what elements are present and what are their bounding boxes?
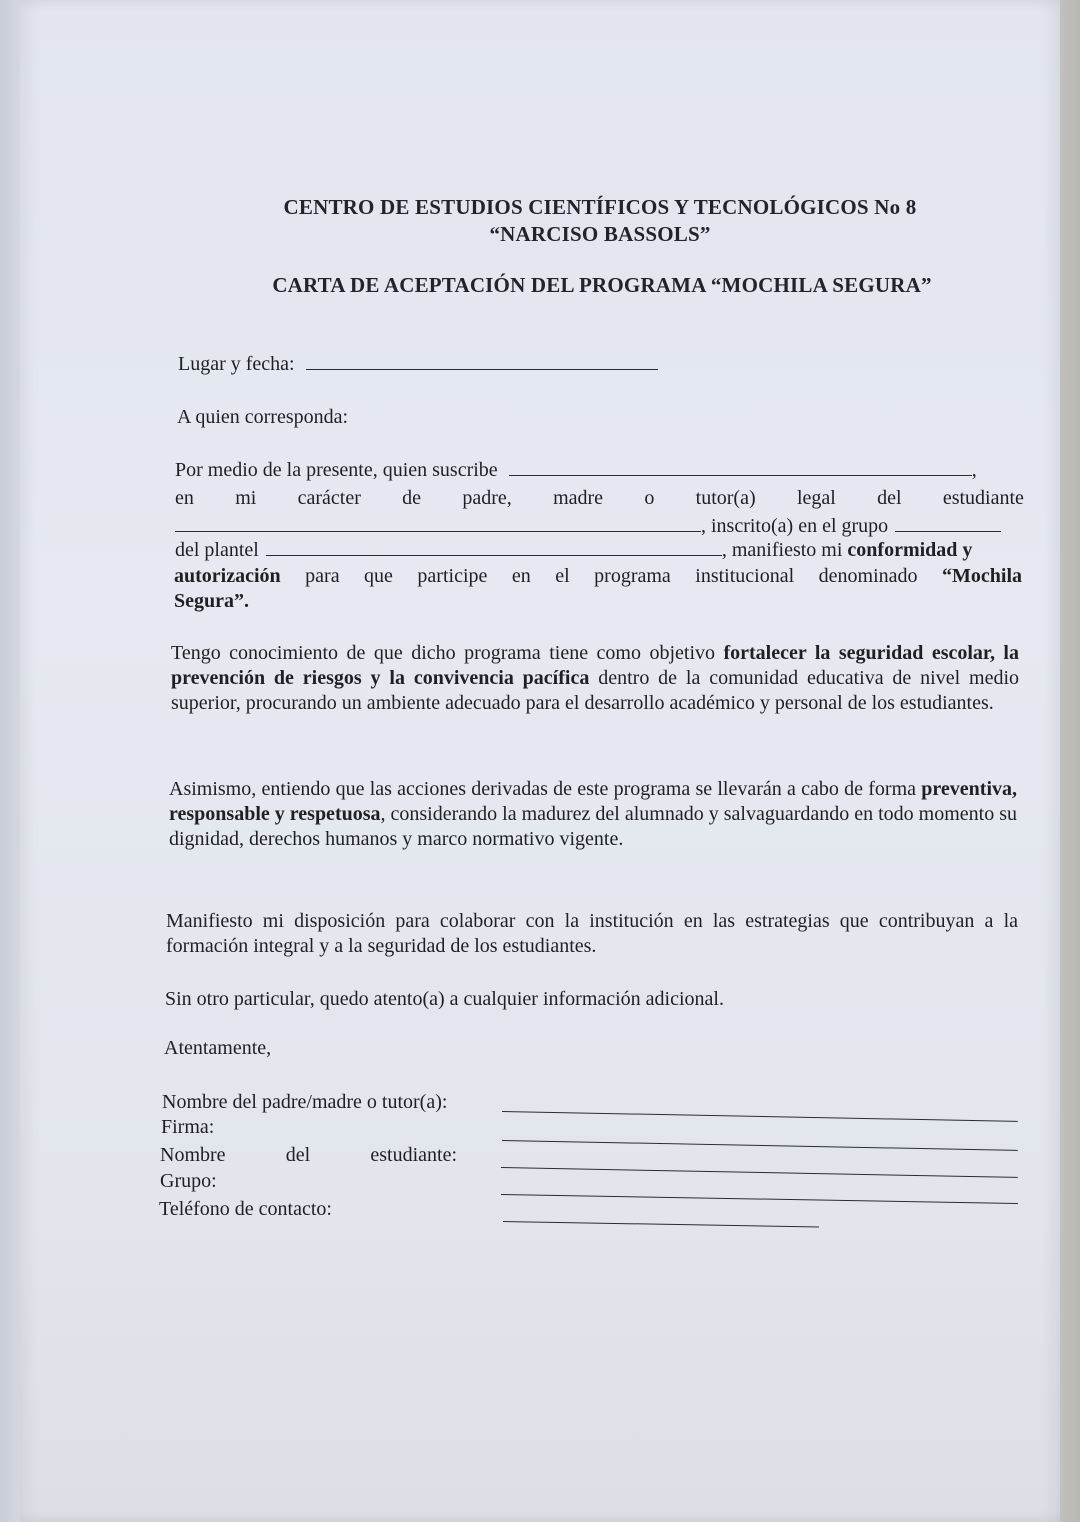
place-date-row: Lugar y fecha: [178,352,658,376]
closing: Atentamente, [164,1036,271,1060]
paragraph-disposition: Manifiesto mi disposición para colaborar… [166,909,1018,959]
student-label-word: estudiante: [370,1143,457,1167]
consent-comma: , [972,459,977,481]
institution-name: “NARCISO BASSOLS” [60,222,1080,247]
role-word: mi [235,486,256,510]
role-word: madre [553,486,603,510]
sig-label-parent-name: Nombre del padre/madre o tutor(a): [162,1090,447,1114]
role-word: de [402,486,421,510]
signer-name-field[interactable] [509,458,972,476]
manifest-bold: conformidad y [847,539,972,561]
program-name-2: Segura” [174,590,244,612]
campus-field[interactable] [266,538,722,556]
place-date-label: Lugar y fecha: [178,353,295,375]
role-word: padre, [462,486,511,510]
campus-label: del plantel [175,539,259,561]
consent-line-2: enmicarácterdepadre,madreotutor(a)legald… [175,486,1024,510]
closing-line: Sin otro particular, quedo atento(a) a c… [165,987,724,1011]
salutation: A quien corresponda: [177,405,348,429]
place-date-field[interactable] [306,352,658,370]
role-word: en [175,486,194,510]
consent-line-6: Segura”. [174,589,249,613]
role-word: carácter [298,486,361,510]
consent-line-4: del plantel , manifiesto mi conformidad … [175,538,972,562]
sig-label-phone: Teléfono de contacto: [159,1197,332,1221]
sig-label-signature: Firma: [161,1115,214,1139]
role-word: legal [797,486,836,510]
role-word: del [877,486,901,510]
document-title: CARTA DE ACEPTACIÓN DEL PROGRAMA “MOCHIL… [62,273,1080,298]
program-name-1: “Mochila [942,565,1022,587]
objective-text-1: Tengo conocimiento de que dicho programa… [171,642,715,664]
sig-label-student-name: Nombredelestudiante: [160,1143,457,1167]
sig-label-group: Grupo: [160,1169,217,1193]
consent-line-3: , inscrito(a) en el grupo [175,514,1001,538]
consent-intro: Por medio de la presente, quien suscribe [175,459,498,481]
authorization-text: para que participe en el programa instit… [305,565,917,587]
role-word: estudiante [943,486,1024,510]
actions-text-1: Asimismo, entiendo que las acciones deri… [169,778,916,800]
paragraph-objective: Tengo conocimiento de que dicho programa… [171,641,1019,716]
role-word: tutor(a) [696,486,756,510]
authorization-bold: autorización [174,565,281,587]
group-field[interactable] [895,514,1001,532]
enrolled-text: , inscrito(a) en el grupo [701,515,888,537]
manifest-text: , manifiesto mi [722,539,843,561]
institution-title: CENTRO DE ESTUDIOS CIENTÍFICOS Y TECNOLÓ… [60,195,1080,220]
role-word: o [644,486,654,510]
consent-line-1: Por medio de la presente, quien suscribe… [175,458,977,482]
paragraph-actions: Asimismo, entiendo que las acciones deri… [169,777,1017,852]
student-name-field[interactable] [175,514,701,532]
consent-line-5: autorización para que participe en el pr… [174,564,1022,589]
student-label-word: Nombre [160,1143,226,1167]
student-label-word: del [286,1143,310,1167]
program-period: . [244,590,249,612]
